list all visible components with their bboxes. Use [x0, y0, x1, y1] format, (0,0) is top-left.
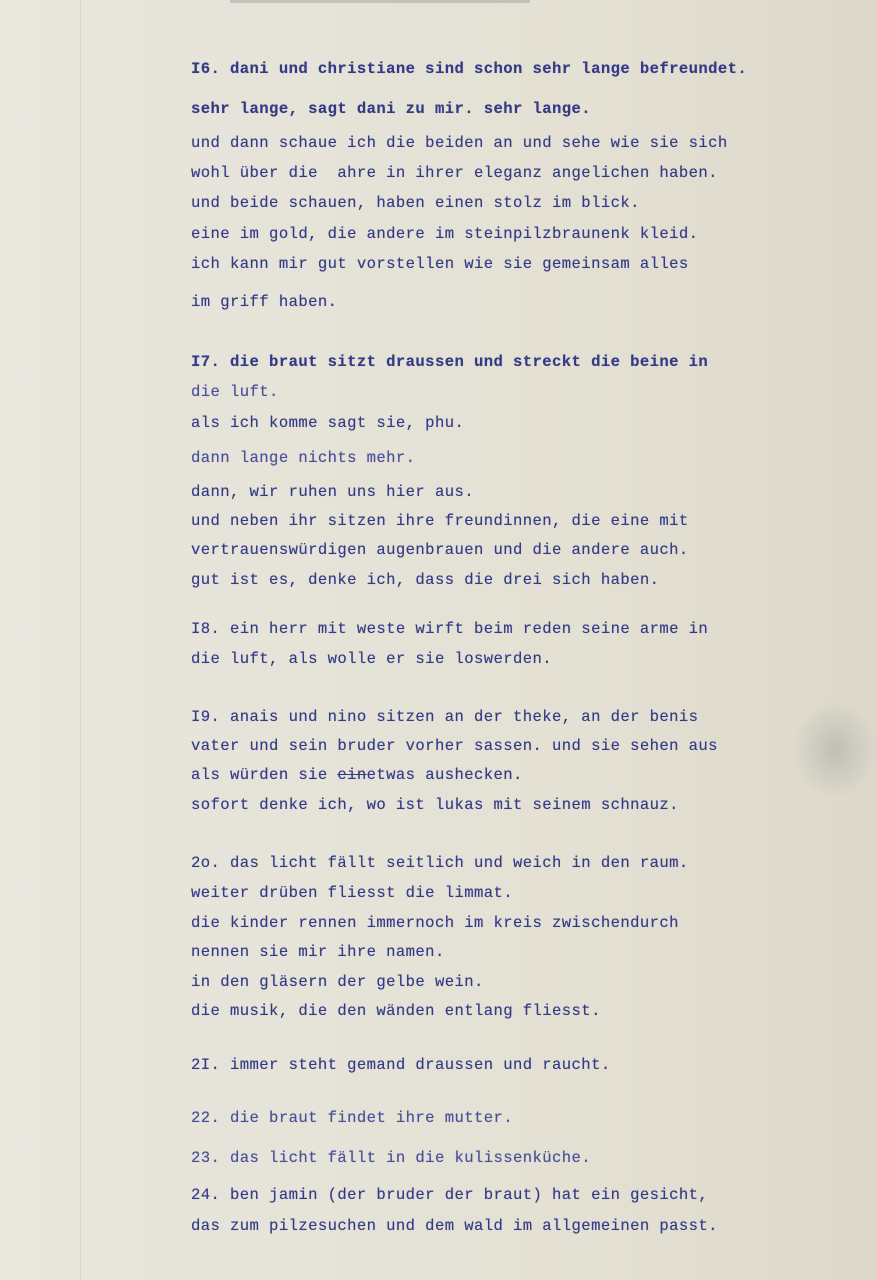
section-18-line-1: I8. ein herr mit weste wirft beim reden …	[191, 620, 708, 638]
section-20-line-2: weiter drüben fliesst die limmat.	[191, 884, 513, 902]
section-17-line-5: dann, wir ruhen uns hier aus.	[191, 483, 474, 501]
section-16-line-3: und dann schaue ich die beiden an und se…	[191, 134, 728, 152]
struck-out-word: ein	[337, 766, 366, 784]
section-16-line-4: wohl über die ahre in ihrer eleganz ange…	[191, 164, 718, 182]
section-19-line-4: sofort denke ich, wo ist lukas mit seine…	[191, 796, 679, 814]
section-16-line-7: ich kann mir gut vorstellen wie sie geme…	[191, 255, 689, 273]
section-21-line-1: 2I. immer steht gemand draussen und rauc…	[191, 1056, 611, 1074]
section-17-line-2: die luft.	[191, 383, 279, 401]
section-24-line-2: das zum pilzesuchen und dem wald im allg…	[191, 1217, 718, 1235]
section-16-line-5: und beide schauen, haben einen stolz im …	[191, 194, 640, 212]
section-17-line-1: I7. die braut sitzt draussen und streckt…	[191, 353, 708, 371]
section-17-line-7: vertrauenswürdigen augenbrauen und die a…	[191, 541, 689, 559]
section-23-line-1: 23. das licht fällt in die kulissenküche…	[191, 1149, 591, 1167]
section-17-line-4: dann lange nichts mehr.	[191, 449, 415, 467]
section-17-line-6: und neben ihr sitzen ihre freundinnen, d…	[191, 512, 689, 530]
section-24-line-1: 24. ben jamin (der bruder der braut) hat…	[191, 1186, 708, 1204]
section-16-line-6: eine im gold, die andere im steinpilzbra…	[191, 225, 698, 243]
section-20-line-3: die kinder rennen immernoch im kreis zwi…	[191, 914, 679, 932]
section-19-line-3: als würden sie einetwas aushecken.	[191, 766, 523, 784]
section-20-line-5: in den gläsern der gelbe wein.	[191, 973, 484, 991]
section-16-line-2: sehr lange, sagt dani zu mir. sehr lange…	[191, 100, 591, 118]
typewritten-text: I6. dani und christiane sind schon sehr …	[191, 0, 831, 936]
section-19-line-3-end: etwas aushecken.	[367, 766, 523, 784]
section-16-line-8: im griff haben.	[191, 293, 337, 311]
section-18-line-2: die luft, als wolle er sie loswerden.	[191, 650, 552, 668]
section-17-line-3: als ich komme sagt sie, phu.	[191, 414, 464, 432]
section-22-line-1: 22. die braut findet ihre mutter.	[191, 1109, 513, 1127]
section-20-line-4: nennen sie mir ihre namen.	[191, 943, 445, 961]
section-19-line-3-start: als würden sie	[191, 766, 337, 784]
section-17-line-8: gut ist es, denke ich, dass die drei sic…	[191, 571, 659, 589]
section-20-line-1: 2o. das licht fällt seitlich und weich i…	[191, 854, 689, 872]
paper-fold-line	[80, 0, 81, 1280]
section-19-line-1: I9. anais und nino sitzen an der theke, …	[191, 708, 698, 726]
paper-page: I6. dani und christiane sind schon sehr …	[0, 0, 876, 1280]
section-20-line-6: die musik, die den wänden entlang fliess…	[191, 1002, 601, 1020]
section-16-line-1: I6. dani und christiane sind schon sehr …	[191, 60, 747, 78]
section-19-line-2: vater und sein bruder vorher sassen. und…	[191, 737, 718, 755]
